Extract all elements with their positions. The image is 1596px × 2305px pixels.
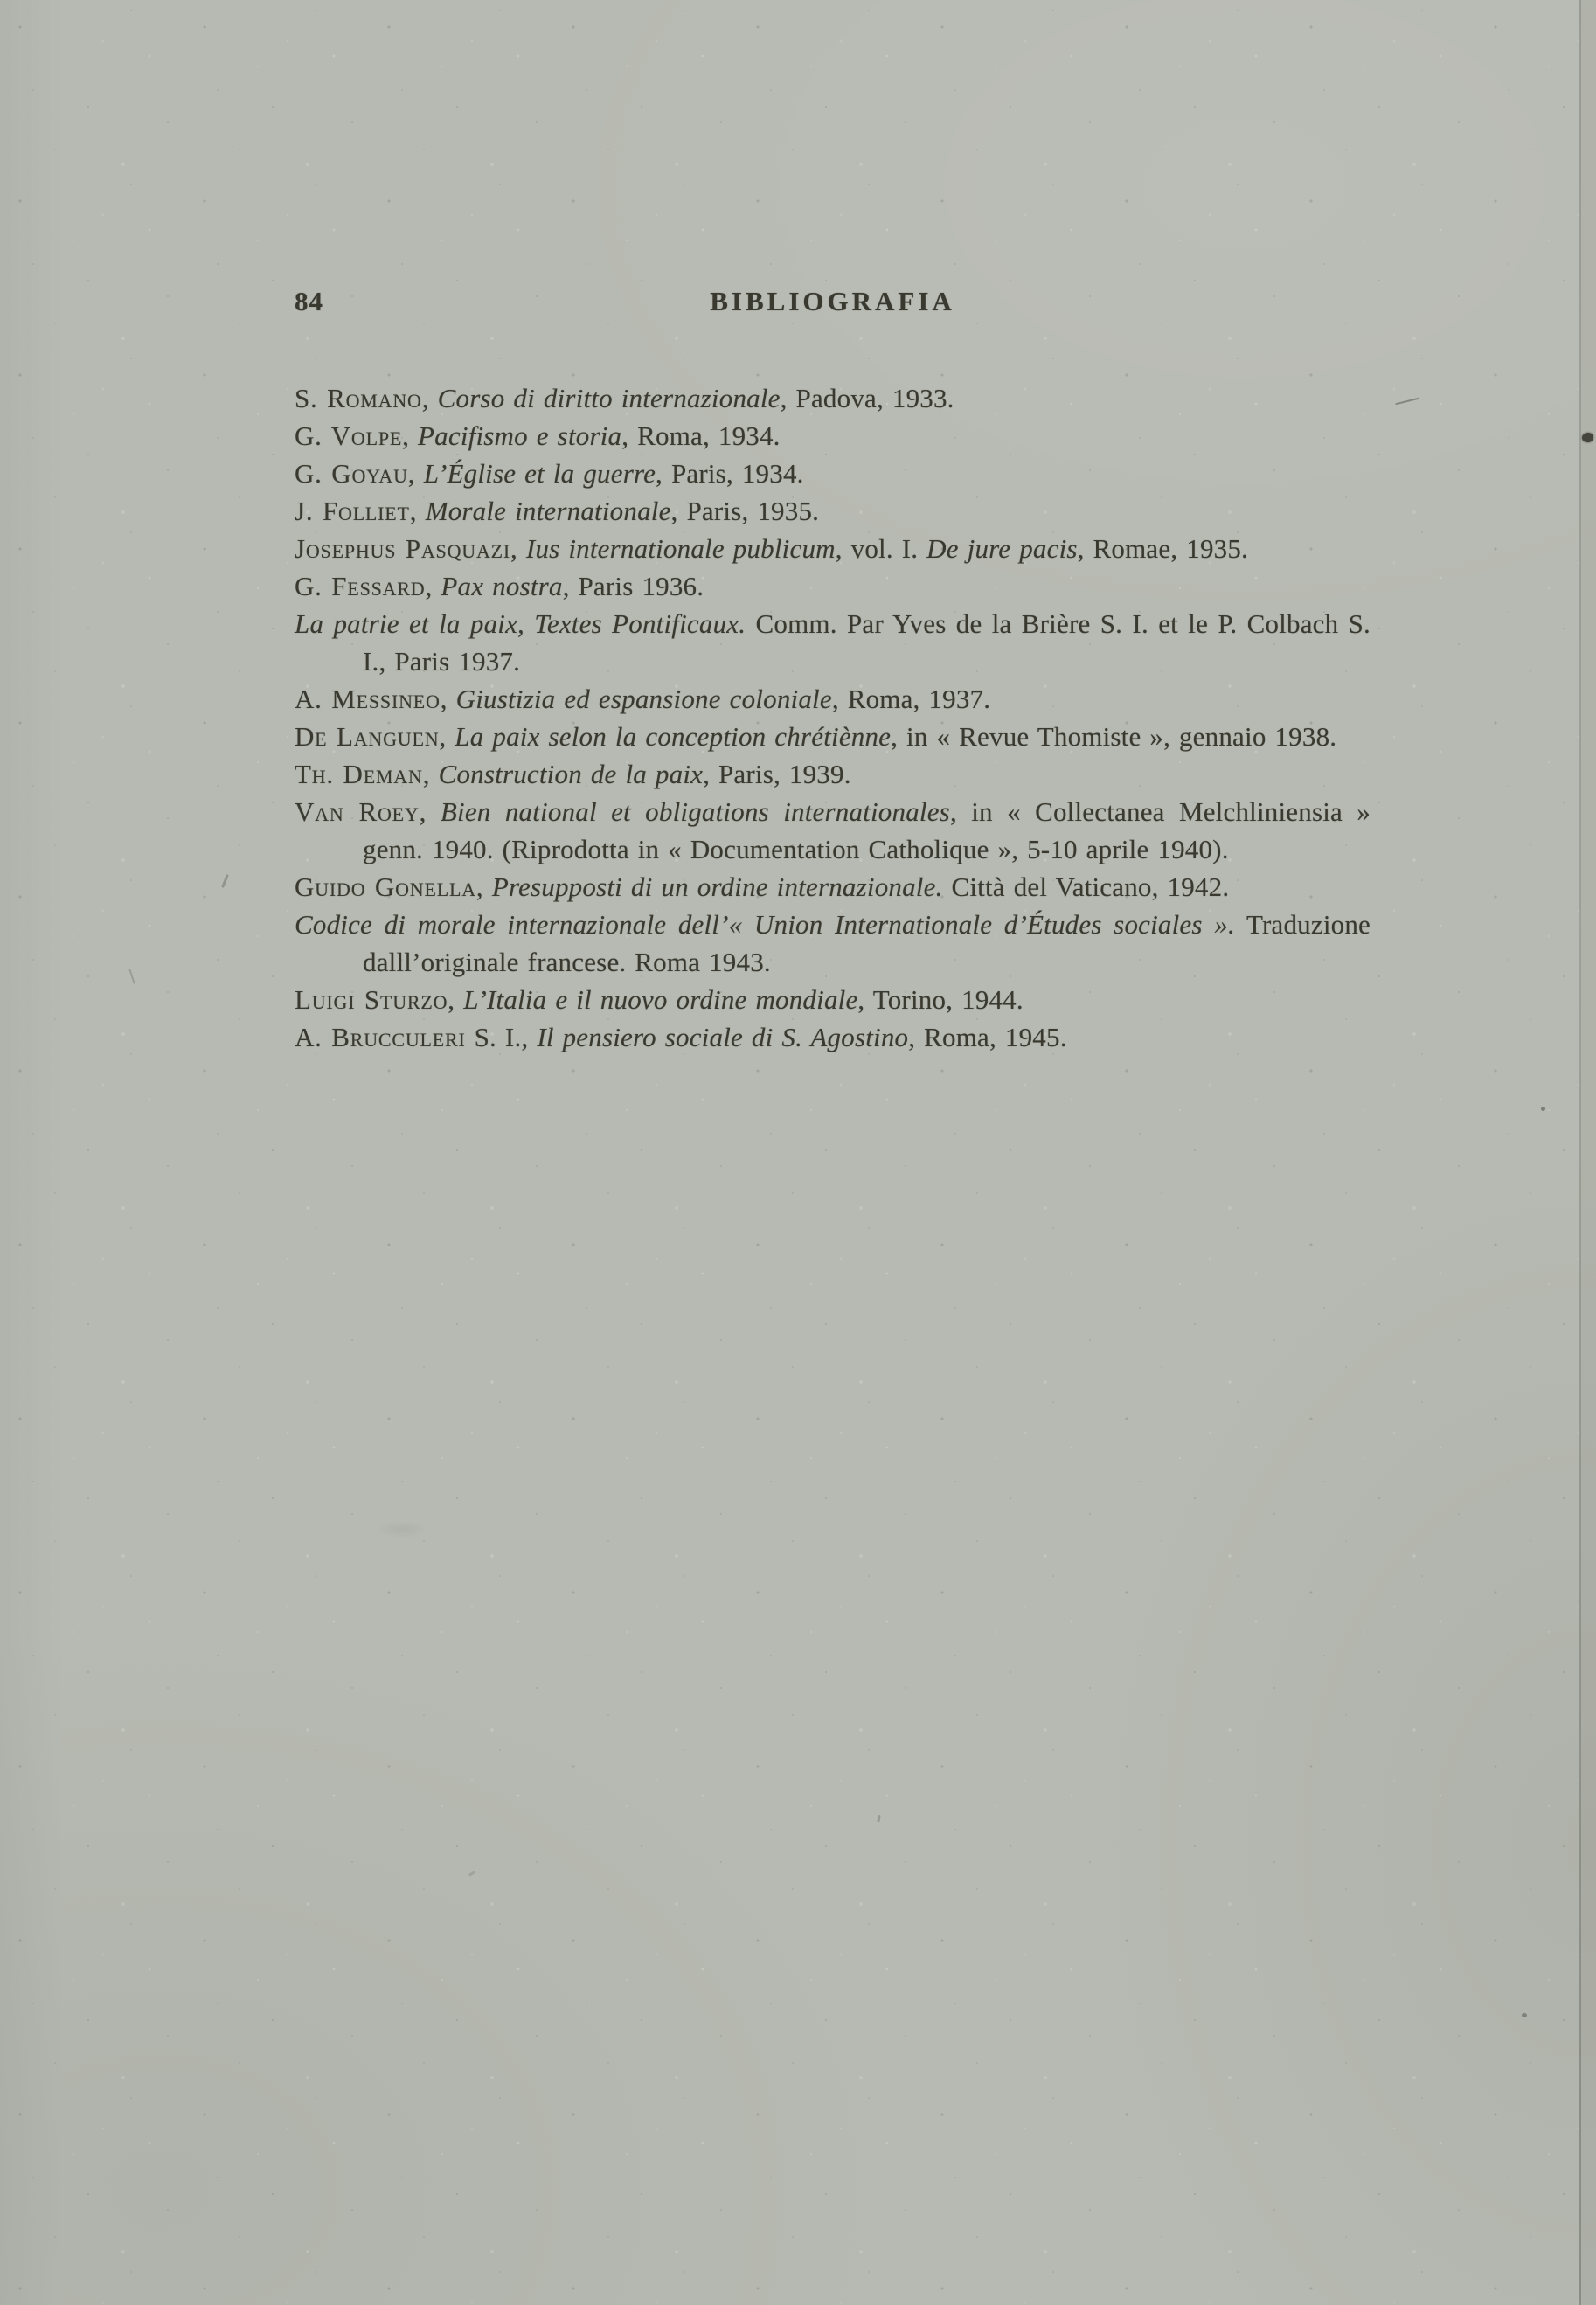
entry-text: , Torino, 1944. [857, 984, 1023, 1015]
page-edge-crease [1579, 0, 1581, 2305]
smudge-mark [376, 1521, 428, 1538]
bibliography-list: S. Romano, Corso di diritto internaziona… [295, 379, 1370, 1056]
page-edge-strip [1581, 0, 1596, 2305]
author-name: G. Goyau [295, 458, 408, 489]
work-title: Il pensiero sociale di S. Agostino [537, 1022, 908, 1052]
work-title: Codice di morale internazionale dell’« U… [295, 909, 1235, 940]
author-name: De Languen [295, 721, 439, 752]
entry-text: , Paris, 1934. [656, 458, 804, 489]
bibliography-entry: G. Fessard, Pax nostra, Paris 1936. [295, 567, 1370, 605]
author-name: Guido Gonella [295, 871, 476, 902]
bibliography-entry: J. Folliet, Morale internationale, Paris… [295, 492, 1370, 530]
work-title: Pacifismo e storia [418, 420, 621, 451]
entry-text: , [439, 721, 455, 752]
entry-text: , Paris 1936. [563, 571, 704, 601]
bibliography-entry: Van Roey, Bien national et obligations i… [295, 793, 1370, 868]
paper-grain-overlay [0, 0, 1596, 2305]
bibliography-entry: G. Volpe, Pacifismo e storia, Roma, 1934… [295, 417, 1370, 455]
page-number: 84 [295, 286, 323, 317]
entry-text: , Paris, 1939. [703, 759, 851, 789]
work-title: L’Italia e il nuovo ordine mondiale [463, 984, 857, 1015]
bibliography-entry: De Languen, La paix selon la conception … [295, 718, 1370, 755]
speck-mark [468, 1871, 475, 1877]
author-name: S. Romano [295, 383, 422, 413]
page-header-title: BIBLIOGRAFIA [295, 286, 1370, 317]
bibliography-entry: Guido Gonella, Presupposti di un ordine … [295, 868, 1370, 906]
bibliography-entry: S. Romano, Corso di diritto internaziona… [295, 379, 1370, 417]
bibliography-entry: Codice di morale internazionale dell’« U… [295, 906, 1370, 981]
entry-text: , Roma, 1937. [832, 684, 990, 714]
entry-text: , [420, 796, 441, 827]
entry-text: S. I., [466, 1022, 538, 1052]
paper-tone-overlay [0, 0, 1596, 2305]
work-title: Bien national et obligations internation… [441, 796, 950, 827]
work-title: Corso di diritto internazionale [438, 383, 781, 413]
entry-text: , vol. I. [836, 533, 926, 564]
bibliography-entry: Josephus Pasquazi, Ius internationale pu… [295, 530, 1370, 567]
entry-text: , [510, 533, 526, 564]
scratch-mark [221, 874, 229, 888]
bibliography-entry: A. Messineo, Giustizia ed espansione col… [295, 680, 1370, 718]
bibliography-entry: A. Brucculeri S. I., Il pensiero sociale… [295, 1018, 1370, 1056]
speck-mark [1541, 1107, 1545, 1111]
bibliography-entry: Th. Deman, Construction de la paix, Pari… [295, 755, 1370, 793]
entry-text: , [426, 571, 441, 601]
author-name: Josephus Pasquazi [295, 533, 510, 564]
work-title: Construction de la paix [439, 759, 704, 789]
entry-text: , Roma, 1934. [621, 420, 780, 451]
speck-mark [1522, 2013, 1527, 2017]
work-title: Morale internationale [426, 496, 671, 526]
work-title: L’Église et la guerre [424, 458, 656, 489]
running-head: 84 BIBLIOGRAFIA [295, 286, 1370, 321]
scanned-book-page: 84 BIBLIOGRAFIA S. Romano, Corso di diri… [0, 0, 1596, 2305]
author-name: Th. Deman [295, 759, 423, 789]
entry-text: , [448, 984, 463, 1015]
work-title: Presupposti di un ordine internazionale. [492, 871, 943, 902]
entry-text: , [402, 420, 418, 451]
entry-text: , Romae, 1935. [1078, 533, 1248, 564]
entry-text: , [476, 871, 492, 902]
entry-text: , Paris, 1935. [671, 496, 820, 526]
entry-text: , in « Revue Thomiste », gennaio 1938. [891, 721, 1336, 752]
entry-text: , [441, 684, 456, 714]
entry-text: Città del Vaticano, 1942. [943, 871, 1230, 902]
speck-mark [877, 1815, 881, 1822]
bibliography-entry: Luigi Sturzo, L’Italia e il nuovo ordine… [295, 981, 1370, 1018]
work-title: Ius internationale publicum [526, 533, 836, 564]
entry-text: , Padova, 1933. [781, 383, 954, 413]
work-title: La patrie et la paix, Textes Pontificaux… [295, 608, 746, 639]
author-name: Van Roey [295, 796, 420, 827]
entry-text: , [423, 759, 439, 789]
scratch-mark [128, 969, 135, 984]
entry-text: , [408, 458, 424, 489]
author-name: G. Fessard [295, 571, 426, 601]
work-title: De jure pacis [926, 533, 1077, 564]
work-title: Giustizia ed espansione coloniale [456, 684, 832, 714]
author-name: J. Folliet [295, 496, 410, 526]
entry-text: , [410, 496, 426, 526]
bibliography-entry: G. Goyau, L’Église et la guerre, Paris, … [295, 455, 1370, 492]
work-title: Pax nostra [441, 571, 562, 601]
author-name: A. Brucculeri [295, 1022, 466, 1052]
scratch-mark [1395, 398, 1419, 406]
author-name: Luigi Sturzo [295, 984, 448, 1015]
entry-text: , Roma, 1945. [908, 1022, 1066, 1052]
entry-text: , [422, 383, 438, 413]
work-title: La paix selon la conception chrétiènne [455, 721, 891, 752]
bibliography-entry: La patrie et la paix, Textes Pontificaux… [295, 605, 1370, 680]
author-name: G. Volpe [295, 420, 402, 451]
author-name: A. Messineo [295, 684, 441, 714]
